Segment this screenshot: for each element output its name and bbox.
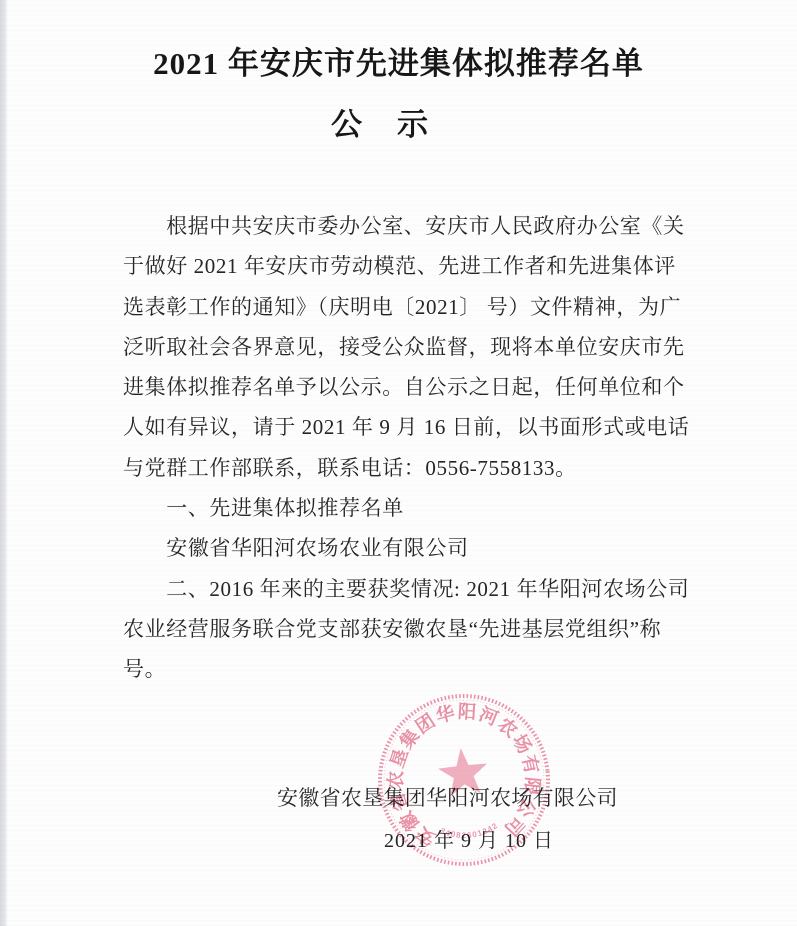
document-page: 2021 年安庆市先进集体拟推荐名单 公 示 根据中共安庆市委办公室、安庆市人民… <box>0 0 797 926</box>
document-body: 根据中共安庆市委办公室、安庆市人民政府办公室《关 于做好 2021 年安庆市劳动… <box>123 206 693 690</box>
body-line-2: 于做好 2021 年安庆市劳动模范、先进工作者和先进集体评 <box>123 246 693 286</box>
document-title: 2021 年安庆市先进集体拟推荐名单 <box>0 38 797 83</box>
body-line-6: 人如有异议，请于 2021 年 9 月 16 日前，以书面形式或电话 <box>123 407 693 447</box>
body-line-4: 泛听取社会各界意见，接受公众监督，现将本单位安庆市先 <box>123 327 693 367</box>
document-subtitle: 公 示 <box>0 99 779 144</box>
body-line-5: 进集体拟推荐名单予以公示。自公示之日起，任何单位和个 <box>123 367 693 407</box>
signature-company: 安徽省农垦集团华阳河农场有限公司 <box>277 782 618 812</box>
signature-date: 2021 年 9 月 10 日 <box>384 824 554 853</box>
body-line-12: 号。 <box>123 649 693 689</box>
body-line-9: 安徽省华阳河农场农业有限公司 <box>123 528 693 568</box>
body-line-11: 农业经营服务联合党支部获安徽农垦“先进基层党组织”称 <box>123 609 693 649</box>
body-line-7: 与党群工作部联系，联系电话：0556-7558133。 <box>123 448 693 488</box>
body-line-8: 一、先进集体拟推荐名单 <box>123 488 693 528</box>
body-line-1: 根据中共安庆市委办公室、安庆市人民政府办公室《关 <box>123 206 693 246</box>
body-line-3: 选表彰工作的通知》（庆明电〔2021〕 号）文件精神，为广 <box>123 287 693 327</box>
body-line-10: 二、2016 年来的主要获奖情况: 2021 年华阳河农场公司 <box>123 569 693 609</box>
